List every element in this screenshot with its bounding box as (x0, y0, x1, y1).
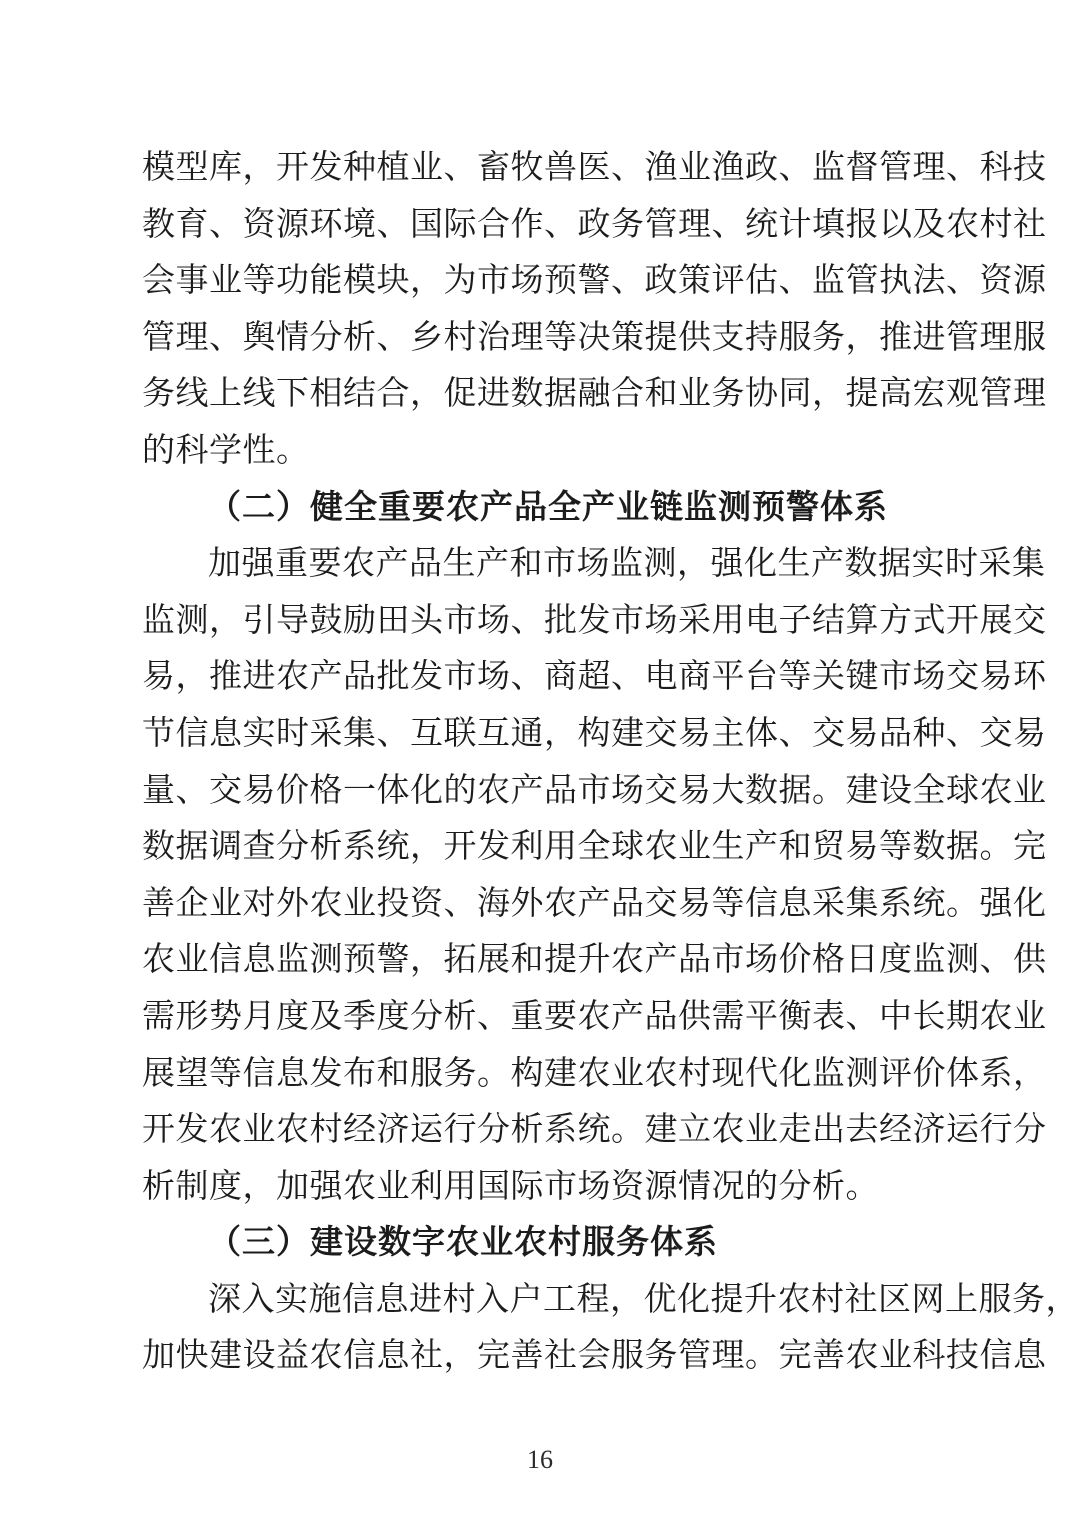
body-text-line: 析制度，加强农业利用国际市场资源情况的分析。 (142, 1159, 940, 1216)
body-text-line: 展望等信息发布和服务。构建农业农村现代化监测评价体系， (142, 1046, 940, 1103)
body-text-line: 监测，引导鼓励田头市场、批发市场采用电子结算方式开展交 (142, 593, 940, 650)
section-heading-3: （三）建设数字农业农村服务体系 (142, 1215, 940, 1272)
body-text-line: 的科学性。 (142, 423, 940, 480)
body-text-line: 务线上线下相结合，促进数据融合和业务协同，提高宏观管理 (142, 366, 940, 423)
body-text-line: 加强重要农产品生产和市场监测，强化生产数据实时采集 (142, 536, 940, 593)
body-text-line: 需形势月度及季度分析、重要农产品供需平衡表、中长期农业 (142, 989, 940, 1046)
body-text-line: 农业信息监测预警，拓展和提升农产品市场价格日度监测、供 (142, 932, 940, 989)
body-text-line: 会事业等功能模块，为市场预警、政策评估、监管执法、资源 (142, 253, 940, 310)
body-text-line: 加快建设益农信息社，完善社会服务管理。完善农业科技信息 (142, 1328, 940, 1385)
body-text-line: 管理、舆情分析、乡村治理等决策提供支持服务，推进管理服 (142, 310, 940, 367)
body-text-line: 易，推进农产品批发市场、商超、电商平台等关键市场交易环 (142, 649, 940, 706)
body-text-line: 模型库，开发种植业、畜牧兽医、渔业渔政、监督管理、科技 (142, 140, 940, 197)
body-text-line: 数据调查分析系统，开发利用全球农业生产和贸易等数据。完 (142, 819, 940, 876)
document-page: 模型库，开发种植业、畜牧兽医、渔业渔政、监督管理、科技 教育、资源环境、国际合作… (0, 0, 1080, 1527)
page-number: 16 (527, 1445, 553, 1474)
body-text-line: 量、交易价格一体化的农产品市场交易大数据。建设全球农业 (142, 763, 940, 820)
page-body: 模型库，开发种植业、畜牧兽医、渔业渔政、监督管理、科技 教育、资源环境、国际合作… (142, 140, 940, 1385)
body-text-line: 节信息实时采集、互联互通，构建交易主体、交易品种、交易 (142, 706, 940, 763)
body-text-line: 开发农业农村经济运行分析系统。建立农业走出去经济运行分 (142, 1102, 940, 1159)
body-text-line: 教育、资源环境、国际合作、政务管理、统计填报以及农村社 (142, 197, 940, 254)
section-heading-2: （二）健全重要农产品全产业链监测预警体系 (142, 480, 940, 537)
body-text-line: 深入实施信息进村入户工程，优化提升农村社区网上服务， (142, 1272, 940, 1329)
page-footer: 16 (0, 1445, 1080, 1475)
body-text-line: 善企业对外农业投资、海外农产品交易等信息采集系统。强化 (142, 876, 940, 933)
